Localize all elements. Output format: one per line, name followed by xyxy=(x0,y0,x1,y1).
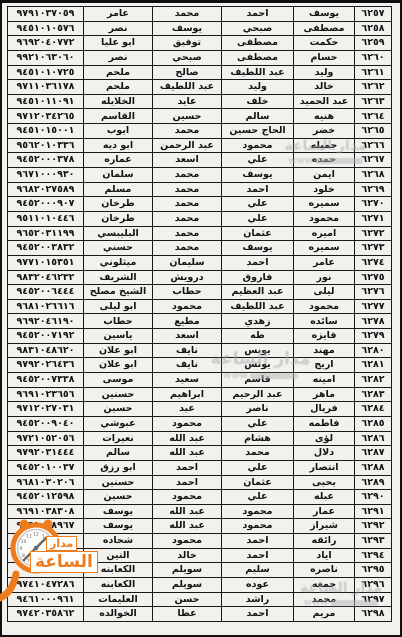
serial-cell: ٦٢٩٠ xyxy=(355,490,392,505)
serial-cell: ٦٢٩٨ xyxy=(355,607,392,622)
given-name-cell: محمد xyxy=(294,592,355,607)
family-name-cell: ابو ديه xyxy=(84,138,153,153)
phone-cell: ٩٧٤٢٠٣٥٨٦٢ xyxy=(8,607,84,622)
father-name-cell: علي xyxy=(222,416,294,431)
serial-cell: ٦٢٩٧ xyxy=(355,592,392,607)
phone-cell: ٩٤٥٢٠١٢٥٩٨ xyxy=(8,490,84,505)
grandfather-name-cell: عبد الله xyxy=(153,431,222,446)
serial-cell: ٦٢٨٢ xyxy=(355,373,392,388)
father-name-cell: عثمان xyxy=(222,475,294,490)
phone-cell: ٩٧١٢٠٣٤٢٦٥ xyxy=(8,109,84,124)
grandfather-name-cell: نايف xyxy=(153,358,222,373)
phone-cell: ٩٩٢١٠٦٣٠٦٠ xyxy=(8,50,84,65)
table-row: ٦٢٧٢اميرهعثمانمحمدالبليبسي٩٦٥٢٠٣١١٩٩ xyxy=(8,226,392,241)
phone-cell: ٩٤٥٢٠٠٣٨٣٢ xyxy=(8,241,84,256)
father-name-cell: علي xyxy=(222,153,294,168)
father-name-cell: عبد اللطيف xyxy=(222,65,294,80)
given-name-cell: ناصره xyxy=(294,563,355,578)
serial-cell: ٦٢٨٩ xyxy=(355,475,392,490)
given-name-cell: رائقه xyxy=(294,534,355,549)
grandfather-name-cell: محمود xyxy=(153,416,222,431)
table-row: ٦٢٧٠سميرهعليمحمدطرخان٩٤٥٢٠٠٠٩٠٧ xyxy=(8,197,392,212)
given-name-cell: خالد xyxy=(294,80,355,95)
table-row: ٦٢٦٢خالدوليدعبد اللطيفملحم٩٧١١٠٣٦١٧٨ xyxy=(8,80,392,95)
grandfather-name-cell: درويش xyxy=(153,270,222,285)
scanned-names-register-page: ٦٢٥٧يوسفاحمدمحمدعامر٩٧٩١٠٣٧٠٥٩٦٢٥٨مصطفىص… xyxy=(0,0,402,637)
family-name-cell: الكعابنه xyxy=(84,577,153,592)
father-name-cell: فاروق xyxy=(222,270,294,285)
table-row: ٦٢٦٦جميلهمحمودعبد الرحمنابو ديه٩٥٦٢٠١٠٣٣… xyxy=(8,138,392,153)
phone-cell: ٩٧٩٢٠٣١٤٤٤ xyxy=(8,446,84,461)
given-name-cell: مصطفى xyxy=(294,21,355,36)
phone-cell: ٩٨٣٢٠٤٦٢٣٢ xyxy=(8,270,84,285)
table-row: ٦٢٧١محمودعليمحمدطرخان٩٥١١٠١٠٤٤٦ xyxy=(8,211,392,226)
phone-cell: ٩٤٥٢٠٠٧٣٣٨ xyxy=(8,373,84,388)
phone-cell: ٩٦٩١٠٣٨٩٦٧ xyxy=(8,519,84,534)
given-name-cell: ايمن xyxy=(294,168,355,183)
given-name-cell: خضر xyxy=(294,124,355,139)
phone-cell: ٩٤٥١٠١٥٠٠١ xyxy=(8,124,84,139)
serial-cell: ٦٢٧٨ xyxy=(355,314,392,329)
grandfather-name-cell: حسن xyxy=(153,592,222,607)
phone-cell: ٩٦٨١٠٢٦٦١٦ xyxy=(8,299,84,314)
serial-cell: ٦٢٦٧ xyxy=(355,153,392,168)
family-name-cell: حسين xyxy=(84,490,153,505)
table-row: ٦٢٦٨ايمنيوسفمحمدسلمان٩٦٧١٠٠٠٩٣٠ xyxy=(8,168,392,183)
given-name-cell: انتصار xyxy=(294,460,355,475)
father-name-cell: علي xyxy=(222,490,294,505)
given-name-cell: عامر xyxy=(294,255,355,270)
serial-cell: ٦٢٩٦ xyxy=(355,577,392,592)
given-name-cell: خلود xyxy=(294,182,355,197)
table-row: ٦٢٥٩حكمتمصطفىتوفيقابو عليا٩٦٩٢٠٤٠٧٧٢ xyxy=(8,36,392,51)
given-name-cell: دلال xyxy=(294,446,355,461)
phone-cell: ٩٦٩٢٠٤٦١٩٠ xyxy=(8,314,84,329)
page-border-top xyxy=(0,0,402,3)
phone-cell: ٩٦٥٢٠٣١١٩٩ xyxy=(8,226,84,241)
grandfather-name-cell: محمد xyxy=(153,211,222,226)
given-name-cell: مريم xyxy=(294,607,355,622)
serial-cell: ٦٢٦٣ xyxy=(355,94,392,109)
table-row: ٦٢٩١عمارمحمودعبد اللهيوسف٩٦٩١٠٣٨٣٠٨ xyxy=(8,504,392,519)
given-name-cell: ليلى xyxy=(294,285,355,300)
grandfather-name-cell: عبد اللطيف xyxy=(153,80,222,95)
father-name-cell: عبد اللطيف xyxy=(222,299,294,314)
family-name-cell: عماره xyxy=(84,153,153,168)
grandfather-name-cell: سويلم xyxy=(153,563,222,578)
phone-cell: ٩٤٥٢٠٠٩٠٤٠ xyxy=(8,416,84,431)
father-name-cell: سالم xyxy=(222,109,294,124)
father-name-cell: احمد xyxy=(222,7,294,22)
phone-cell: ٩٦٩١٠٢٣٦٥٦ xyxy=(8,387,84,402)
serial-cell: ٦٢٦١ xyxy=(355,65,392,80)
table-row: ٦٢٨٦لؤىهشامعبد اللهنعيرات٩٧٢١٠٥٢٠٥٦ xyxy=(8,431,392,446)
family-name-cell: القاسم xyxy=(84,109,153,124)
phone-cell: ٩٤٥٢٠١٠٠٣٧ xyxy=(8,460,84,475)
empty-footer-row xyxy=(8,622,392,629)
grandfather-name-cell: عايد xyxy=(153,94,222,109)
serial-cell: ٦٢٨٨ xyxy=(355,460,392,475)
father-name-cell: صبحي xyxy=(222,21,294,36)
table-row: ٦٢٦٣عبد الحميدخلفعايدالخلايله٩٤٥١٠١١٠٩١ xyxy=(8,94,392,109)
serial-cell: ٦٢٧٠ xyxy=(355,197,392,212)
grandfather-name-cell: عطا xyxy=(153,607,222,622)
phone-cell: ٩٦٩١٠٣٨٣٠٨ xyxy=(8,504,84,519)
serial-cell: ٦٢٩٣ xyxy=(355,534,392,549)
serial-cell: ٦٢٩٤ xyxy=(355,548,392,563)
father-name-cell: عوده xyxy=(222,577,294,592)
father-name-cell: مصطفى xyxy=(222,36,294,51)
grandfather-name-cell: محمد xyxy=(153,168,222,183)
given-name-cell: وليد xyxy=(294,65,355,80)
father-name-cell: مصطفى xyxy=(222,50,294,65)
father-name-cell: عبد الرحيم xyxy=(222,387,294,402)
father-name-cell: يونس xyxy=(222,358,294,373)
given-name-cell: سميره xyxy=(294,197,355,212)
phone-cell: ٩٦٩٢٠٤٠٧٧٢ xyxy=(8,36,84,51)
phone-cell: ٩٥٦٢٠١٠٣٣٦ xyxy=(8,138,84,153)
grandfather-name-cell: محمد xyxy=(153,182,222,197)
table-row: ٦٢٨٥فاطمهعليمحمودعبوشي٩٤٥٢٠٠٩٠٤٠ xyxy=(8,416,392,431)
father-name-cell: وليد xyxy=(222,80,294,95)
family-name-cell: يوسف xyxy=(84,519,153,534)
family-name-cell: مسلم xyxy=(84,182,153,197)
given-name-cell: اميره xyxy=(294,226,355,241)
given-name-cell: حمده xyxy=(294,153,355,168)
father-name-cell: الحاج حسين xyxy=(222,124,294,139)
given-name-cell: سميره xyxy=(294,241,355,256)
family-name-cell: ياسين xyxy=(84,329,153,344)
table-row: ٦٢٧٥نورفاروقدرويشالشريف٩٨٣٢٠٤٦٢٣٢ xyxy=(8,270,392,285)
given-name-cell: شيراز xyxy=(294,519,355,534)
serial-cell: ٦٢٧١ xyxy=(355,211,392,226)
grandfather-name-cell: احمد xyxy=(153,475,222,490)
family-name-cell: طرخان xyxy=(84,211,153,226)
grandfather-name-cell: حطاب xyxy=(153,285,222,300)
serial-cell: ٦٢٩٥ xyxy=(355,563,392,578)
phone-cell: ٩٧١٢٠٢٧٠٣١ xyxy=(8,402,84,417)
given-name-cell: مهند xyxy=(294,343,355,358)
family-name-cell: سلمان xyxy=(84,168,153,183)
given-name-cell: يحيى xyxy=(294,475,355,490)
serial-cell: ٦٢٨١ xyxy=(355,358,392,373)
family-name-cell: نعيرات xyxy=(84,431,153,446)
grandfather-name-cell: صالح xyxy=(153,65,222,80)
father-name-cell: علي xyxy=(222,211,294,226)
table-row: ٦٢٦٧حمدهعلياسعدعماره٩٤٥٢٠٠٠٣٧٨ xyxy=(8,153,392,168)
grandfather-name-cell: توفيق xyxy=(153,36,222,51)
family-name-cell: ملحم xyxy=(84,80,153,95)
grandfather-name-cell: عبد الله xyxy=(153,446,222,461)
given-name-cell: حكمت xyxy=(294,36,355,51)
grandfather-name-cell: محمد xyxy=(153,241,222,256)
father-name-cell: سليم xyxy=(222,563,294,578)
given-name-cell: اياد xyxy=(294,548,355,563)
grandfather-name-cell: صبحي xyxy=(153,50,222,65)
serial-cell: ٦٢٨٥ xyxy=(355,416,392,431)
father-name-cell: علي xyxy=(222,460,294,475)
given-name-cell: حسام xyxy=(294,50,355,65)
father-name-cell: يونس xyxy=(222,343,294,358)
family-name-cell: ابو علان xyxy=(84,343,153,358)
family-name-cell: حسني xyxy=(84,241,153,256)
table-row: ٦٢٨٣ماهرعبد الرحيمابراهيمحسنين٩٦٩١٠٢٣٦٥٦ xyxy=(8,387,392,402)
family-name-cell: يوسف xyxy=(84,504,153,519)
family-name-cell: ملحم xyxy=(84,65,153,80)
serial-cell: ٦٢٧٧ xyxy=(355,299,392,314)
father-name-cell: عثمان xyxy=(222,226,294,241)
serial-cell: ٦٢٦٥ xyxy=(355,124,392,139)
grandfather-name-cell: ابراهيم xyxy=(153,387,222,402)
father-name-cell: هشام xyxy=(222,431,294,446)
table-row: ٦٢٨٢امينهقاسمسعيدموسى٩٤٥٢٠٠٧٣٣٨ xyxy=(8,373,392,388)
serial-cell: ٦٢٦٤ xyxy=(355,109,392,124)
table-row: ٦٢٧٧محمودعبد اللطيفمحمودابو ليلى٩٦٨١٠٢٦٦… xyxy=(8,299,392,314)
father-name-cell: محمود xyxy=(222,519,294,534)
grandfather-name-cell: مطيع xyxy=(153,314,222,329)
given-name-cell: هنيه xyxy=(294,109,355,124)
serial-cell: ٦٢٥٨ xyxy=(355,21,392,36)
table-row: ٦٢٥٧يوسفاحمدمحمدعامر٩٧٩١٠٣٧٠٥٩ xyxy=(8,7,392,22)
serial-cell: ٦٢٧٦ xyxy=(355,285,392,300)
family-name-cell: عامر xyxy=(84,7,153,22)
father-name-cell: احمد xyxy=(222,255,294,270)
table-row: ٦٢٦٩خلوداحمدمحمدمسلم٩٦٨٢٠٢٧٥٨٩ xyxy=(8,182,392,197)
father-name-cell: طه xyxy=(222,329,294,344)
logo-text-top: مدار xyxy=(46,536,77,551)
given-name-cell: يوسف xyxy=(294,7,355,22)
given-name-cell: نور xyxy=(294,270,355,285)
father-name-cell: خلف xyxy=(222,94,294,109)
serial-cell: ٦٢٧٤ xyxy=(355,255,392,270)
grandfather-name-cell: محمد xyxy=(153,124,222,139)
family-name-cell: ابو رزق xyxy=(84,460,153,475)
grandfather-name-cell: يوسف xyxy=(153,21,222,36)
grandfather-name-cell: سعيد xyxy=(153,373,222,388)
given-name-cell: ماهر xyxy=(294,387,355,402)
phone-cell: ٩٤٥١٠١٠٥٧٦ xyxy=(8,21,84,36)
family-name-cell: نصر xyxy=(84,21,153,36)
given-name-cell: جمعه xyxy=(294,577,355,592)
phone-cell: ٩٤٥٢٠٠٦٤٤٤ xyxy=(8,285,84,300)
phone-cell: ٩٤٥٢٠٠٠٩٠٧ xyxy=(8,197,84,212)
serial-cell: ٦٢٩٢ xyxy=(355,519,392,534)
table-row: ٦٢٨٤فريالناصرعيدحسين٩٧١٢٠٢٧٠٣١ xyxy=(8,402,392,417)
grandfather-name-cell: محمد xyxy=(153,197,222,212)
table-row: ٦٢٦١وليدعبد اللطيفصالحملحم٩٤٥١٠١٠٧٢٥ xyxy=(8,65,392,80)
serial-cell: ٦٢٧٢ xyxy=(355,226,392,241)
serial-cell: ٦٢٨٣ xyxy=(355,387,392,402)
phone-cell: ٩٧٩١٠٣٧٠٥٩ xyxy=(8,7,84,22)
table-row: ٦٢٨١اريجيونسنايفابو علان٩٧٩٢٠٢٦٤٣٦ xyxy=(8,358,392,373)
table-row: ٦٢٧٣سميرهيوسفمحمدحسني٩٤٥٢٠٠٣٨٣٢ xyxy=(8,241,392,256)
family-name-cell: نصر xyxy=(84,50,153,65)
father-name-cell: راشد xyxy=(222,592,294,607)
family-name-cell: الشريف xyxy=(84,270,153,285)
grandfather-name-cell: عبد الله xyxy=(153,519,222,534)
table-row: ٦٢٦٤هنيهسالمحسينالقاسم٩٧١٢٠٣٤٢٦٥ xyxy=(8,109,392,124)
given-name-cell: فاطمه xyxy=(294,416,355,431)
grandfather-name-cell: نايف xyxy=(153,343,222,358)
family-name-cell: طرخان xyxy=(84,197,153,212)
father-name-cell: احمد xyxy=(222,534,294,549)
grandfather-name-cell: محمود xyxy=(153,490,222,505)
phone-cell: ٩٦٧١٠٠٠٩٣٠ xyxy=(8,168,84,183)
grandfather-name-cell: احمد xyxy=(153,460,222,475)
grandfather-name-cell: اسعد xyxy=(153,153,222,168)
grandfather-name-cell: حسين xyxy=(153,109,222,124)
serial-cell: ٦٢٨٦ xyxy=(355,431,392,446)
phone-cell: ٩٤٥١٠١١٠٩١ xyxy=(8,94,84,109)
given-name-cell: محمود xyxy=(294,299,355,314)
phone-cell: ٩٤٥١٠١٠٧٢٥ xyxy=(8,65,84,80)
family-name-cell: شحاده xyxy=(84,534,153,549)
family-name-cell: عبوشي xyxy=(84,416,153,431)
family-name-cell: ابو عليا xyxy=(84,36,153,51)
serial-cell: ٦٢٦٩ xyxy=(355,182,392,197)
phone-cell: ٩٧١١٠٣٦١٧٨ xyxy=(8,80,84,95)
table-row: ٦٢٩٢شيرازمحمودعبد اللهيوسف٩٦٩١٠٣٨٩٦٧ xyxy=(8,519,392,534)
father-name-cell: عبد العظيم xyxy=(222,285,294,300)
serial-cell: ٦٢٩١ xyxy=(355,504,392,519)
grandfather-name-cell: محمود xyxy=(153,534,222,549)
phone-cell: ٩٧٢١٠٥٢٠٥٦ xyxy=(8,431,84,446)
table-row: ٦٢٧٦ليلىعبد العظيمحطابالشيخ مصلح٩٤٥٢٠٠٦٤… xyxy=(8,285,392,300)
given-name-cell: فريال xyxy=(294,402,355,417)
table-row: ٦٢٩٠عبلهعليمحمودحسين٩٤٥٢٠١٢٥٩٨ xyxy=(8,490,392,505)
phone-cell: ٩٦٨١٠٣٠٢٠٦ xyxy=(8,475,84,490)
serial-cell: ٦٢٦٠ xyxy=(355,50,392,65)
family-name-cell: ابو علان xyxy=(84,358,153,373)
phone-cell: ٩٥١١٠١٠٤٤٦ xyxy=(8,211,84,226)
father-name-cell: محمد xyxy=(222,446,294,461)
table-row: ٦٢٨٧دلالمحمدعبد اللهسالم٩٧٩٢٠٣١٤٤٤ xyxy=(8,446,392,461)
grandfather-name-cell: اسعد xyxy=(153,329,222,344)
given-name-cell: فايزه xyxy=(294,329,355,344)
family-name-cell: حسنين xyxy=(84,475,153,490)
grandfather-name-cell: عبد الله xyxy=(153,504,222,519)
given-name-cell: لؤى xyxy=(294,431,355,446)
father-name-cell: قاسم xyxy=(222,373,294,388)
phone-cell: ٩٧٩٢٠٢٦٤٣٦ xyxy=(8,358,84,373)
grandfather-name-cell: عيد xyxy=(153,402,222,417)
family-name-cell: ميثلوني xyxy=(84,255,153,270)
phone-cell: ٩٦٨٢٠٢٧٥٨٩ xyxy=(8,182,84,197)
serial-cell: ٦٢٥٧ xyxy=(355,7,392,22)
table-row: ٦٢٧٩فايزهطهاسعدياسين٩٤٥٢٠٠٧١٩٢ xyxy=(8,329,392,344)
phone-cell: ٩٤٥٢٠٠٠٣٧٨ xyxy=(8,153,84,168)
table-row: ٦٢٦٠حساممصطفىصبحينصر٩٩٢١٠٦٣٠٦٠ xyxy=(8,50,392,65)
given-name-cell: اريج xyxy=(294,358,355,373)
table-row: ٦٢٨٩يحيىعثماناحمدحسنين٩٦٨١٠٣٠٢٠٦ xyxy=(8,475,392,490)
serial-cell: ٦٢٦٢ xyxy=(355,80,392,95)
given-name-cell: جميله xyxy=(294,138,355,153)
table-row: ٦٢٨٠مهنديونسنايفابو علان٩٨٣١٠٤٨٦٢٠ xyxy=(8,343,392,358)
serial-cell: ٦٢٧٣ xyxy=(355,241,392,256)
family-name-cell: سالم xyxy=(84,446,153,461)
grandfather-name-cell: سليمان xyxy=(153,255,222,270)
serial-cell: ٦٢٦٦ xyxy=(355,138,392,153)
father-name-cell: احمد xyxy=(222,607,294,622)
given-name-cell: سائده xyxy=(294,314,355,329)
father-name-cell: علي xyxy=(222,197,294,212)
family-name-cell: الشيخ مصلح xyxy=(84,285,153,300)
phone-cell: ٩٨٣١٠٤٨٦٢٠ xyxy=(8,343,84,358)
serial-cell: ٦٢٧٩ xyxy=(355,329,392,344)
grandfather-name-cell: سويلم xyxy=(153,577,222,592)
father-name-cell: زهدي xyxy=(222,314,294,329)
serial-cell: ٦٢٧٥ xyxy=(355,270,392,285)
given-name-cell: عبد الحميد xyxy=(294,94,355,109)
phone-cell: ٩٧٧١٠١٥٣٥١ xyxy=(8,255,84,270)
grandfather-name-cell: عبد الرحمن xyxy=(153,138,222,153)
given-name-cell: عبله xyxy=(294,490,355,505)
given-name-cell: محمود xyxy=(294,211,355,226)
serial-cell: ٦٢٨٠ xyxy=(355,343,392,358)
serial-cell: ٦٢٦٨ xyxy=(355,168,392,183)
phone-cell: ٩٤٥٢٠٠٧١٩٢ xyxy=(8,329,84,344)
table-row: ٦٢٩٧محمدراشدحسنالعليمات٩٤٦١٠٠٠٩٦١ xyxy=(8,592,392,607)
table-row: ٦٢٩٨مريماحمدعطاالخوالده٩٧٤٢٠٣٥٨٦٢ xyxy=(8,607,392,622)
names-phone-table: ٦٢٥٧يوسفاحمدمحمدعامر٩٧٩١٠٣٧٠٥٩٦٢٥٨مصطفىص… xyxy=(7,6,392,628)
father-name-cell: محمود xyxy=(222,138,294,153)
grandfather-name-cell: محمد xyxy=(153,7,222,22)
table-row: ٦٢٩٦جمعهعودهسويلمالكعابنه٩٧٤١٠٤٧٢٨٦ xyxy=(8,577,392,592)
grandfather-name-cell: محمود xyxy=(153,299,222,314)
serial-cell: ٦٢٥٩ xyxy=(355,36,392,51)
father-name-cell: يوسف xyxy=(222,168,294,183)
serial-cell: ٦٢٨٤ xyxy=(355,402,392,417)
table-row: ٦٢٧٨سائدهزهديمطيعحطاب٩٦٩٢٠٤٦١٩٠ xyxy=(8,314,392,329)
table-row: ٦٢٦٥خضرالحاج حسينمحمدايوب٩٤٥١٠١٥٠٠١ xyxy=(8,124,392,139)
family-name-cell: الخوالده xyxy=(84,607,153,622)
empty-cell xyxy=(8,622,392,629)
phone-cell: ٩٤٦١٠٠٠٩٦١ xyxy=(8,592,84,607)
family-name-cell: موسى xyxy=(84,373,153,388)
family-name-cell: البليبسي xyxy=(84,226,153,241)
family-name-cell: ايوب xyxy=(84,124,153,139)
table-row: ٦٢٧٤عامراحمدسليمانميثلوني٩٧٧١٠١٥٣٥١ xyxy=(8,255,392,270)
father-name-cell: احمد xyxy=(222,182,294,197)
family-name-cell: ابو ليلى xyxy=(84,299,153,314)
serial-cell: ٦٢٨٧ xyxy=(355,446,392,461)
table-row: ٦٢٨٨انتصارعلياحمدابو رزق٩٤٥٢٠١٠٠٣٧ xyxy=(8,460,392,475)
father-name-cell: احمد xyxy=(222,548,294,563)
family-name-cell: الخلايله xyxy=(84,94,153,109)
given-name-cell: امينه xyxy=(294,373,355,388)
family-name-cell: حطاب xyxy=(84,314,153,329)
phone-cell: ٩٧٤١٠٤٧٢٨٦ xyxy=(8,577,84,592)
grandfather-name-cell: محمد xyxy=(153,226,222,241)
given-name-cell: عمار xyxy=(294,504,355,519)
father-name-cell: يوسف xyxy=(222,241,294,256)
father-name-cell: محمود xyxy=(222,504,294,519)
family-name-cell: حسنين xyxy=(84,387,153,402)
table-row: ٦٢٥٨مصطفىصبحييوسفنصر٩٤٥١٠١٠٥٧٦ xyxy=(8,21,392,36)
family-name-cell: حسين xyxy=(84,402,153,417)
logo-text-bottom: الساعة xyxy=(30,551,98,573)
father-name-cell: ناصر xyxy=(222,402,294,417)
grandfather-name-cell: خالد xyxy=(153,548,222,563)
family-name-cell: العليمات xyxy=(84,592,153,607)
